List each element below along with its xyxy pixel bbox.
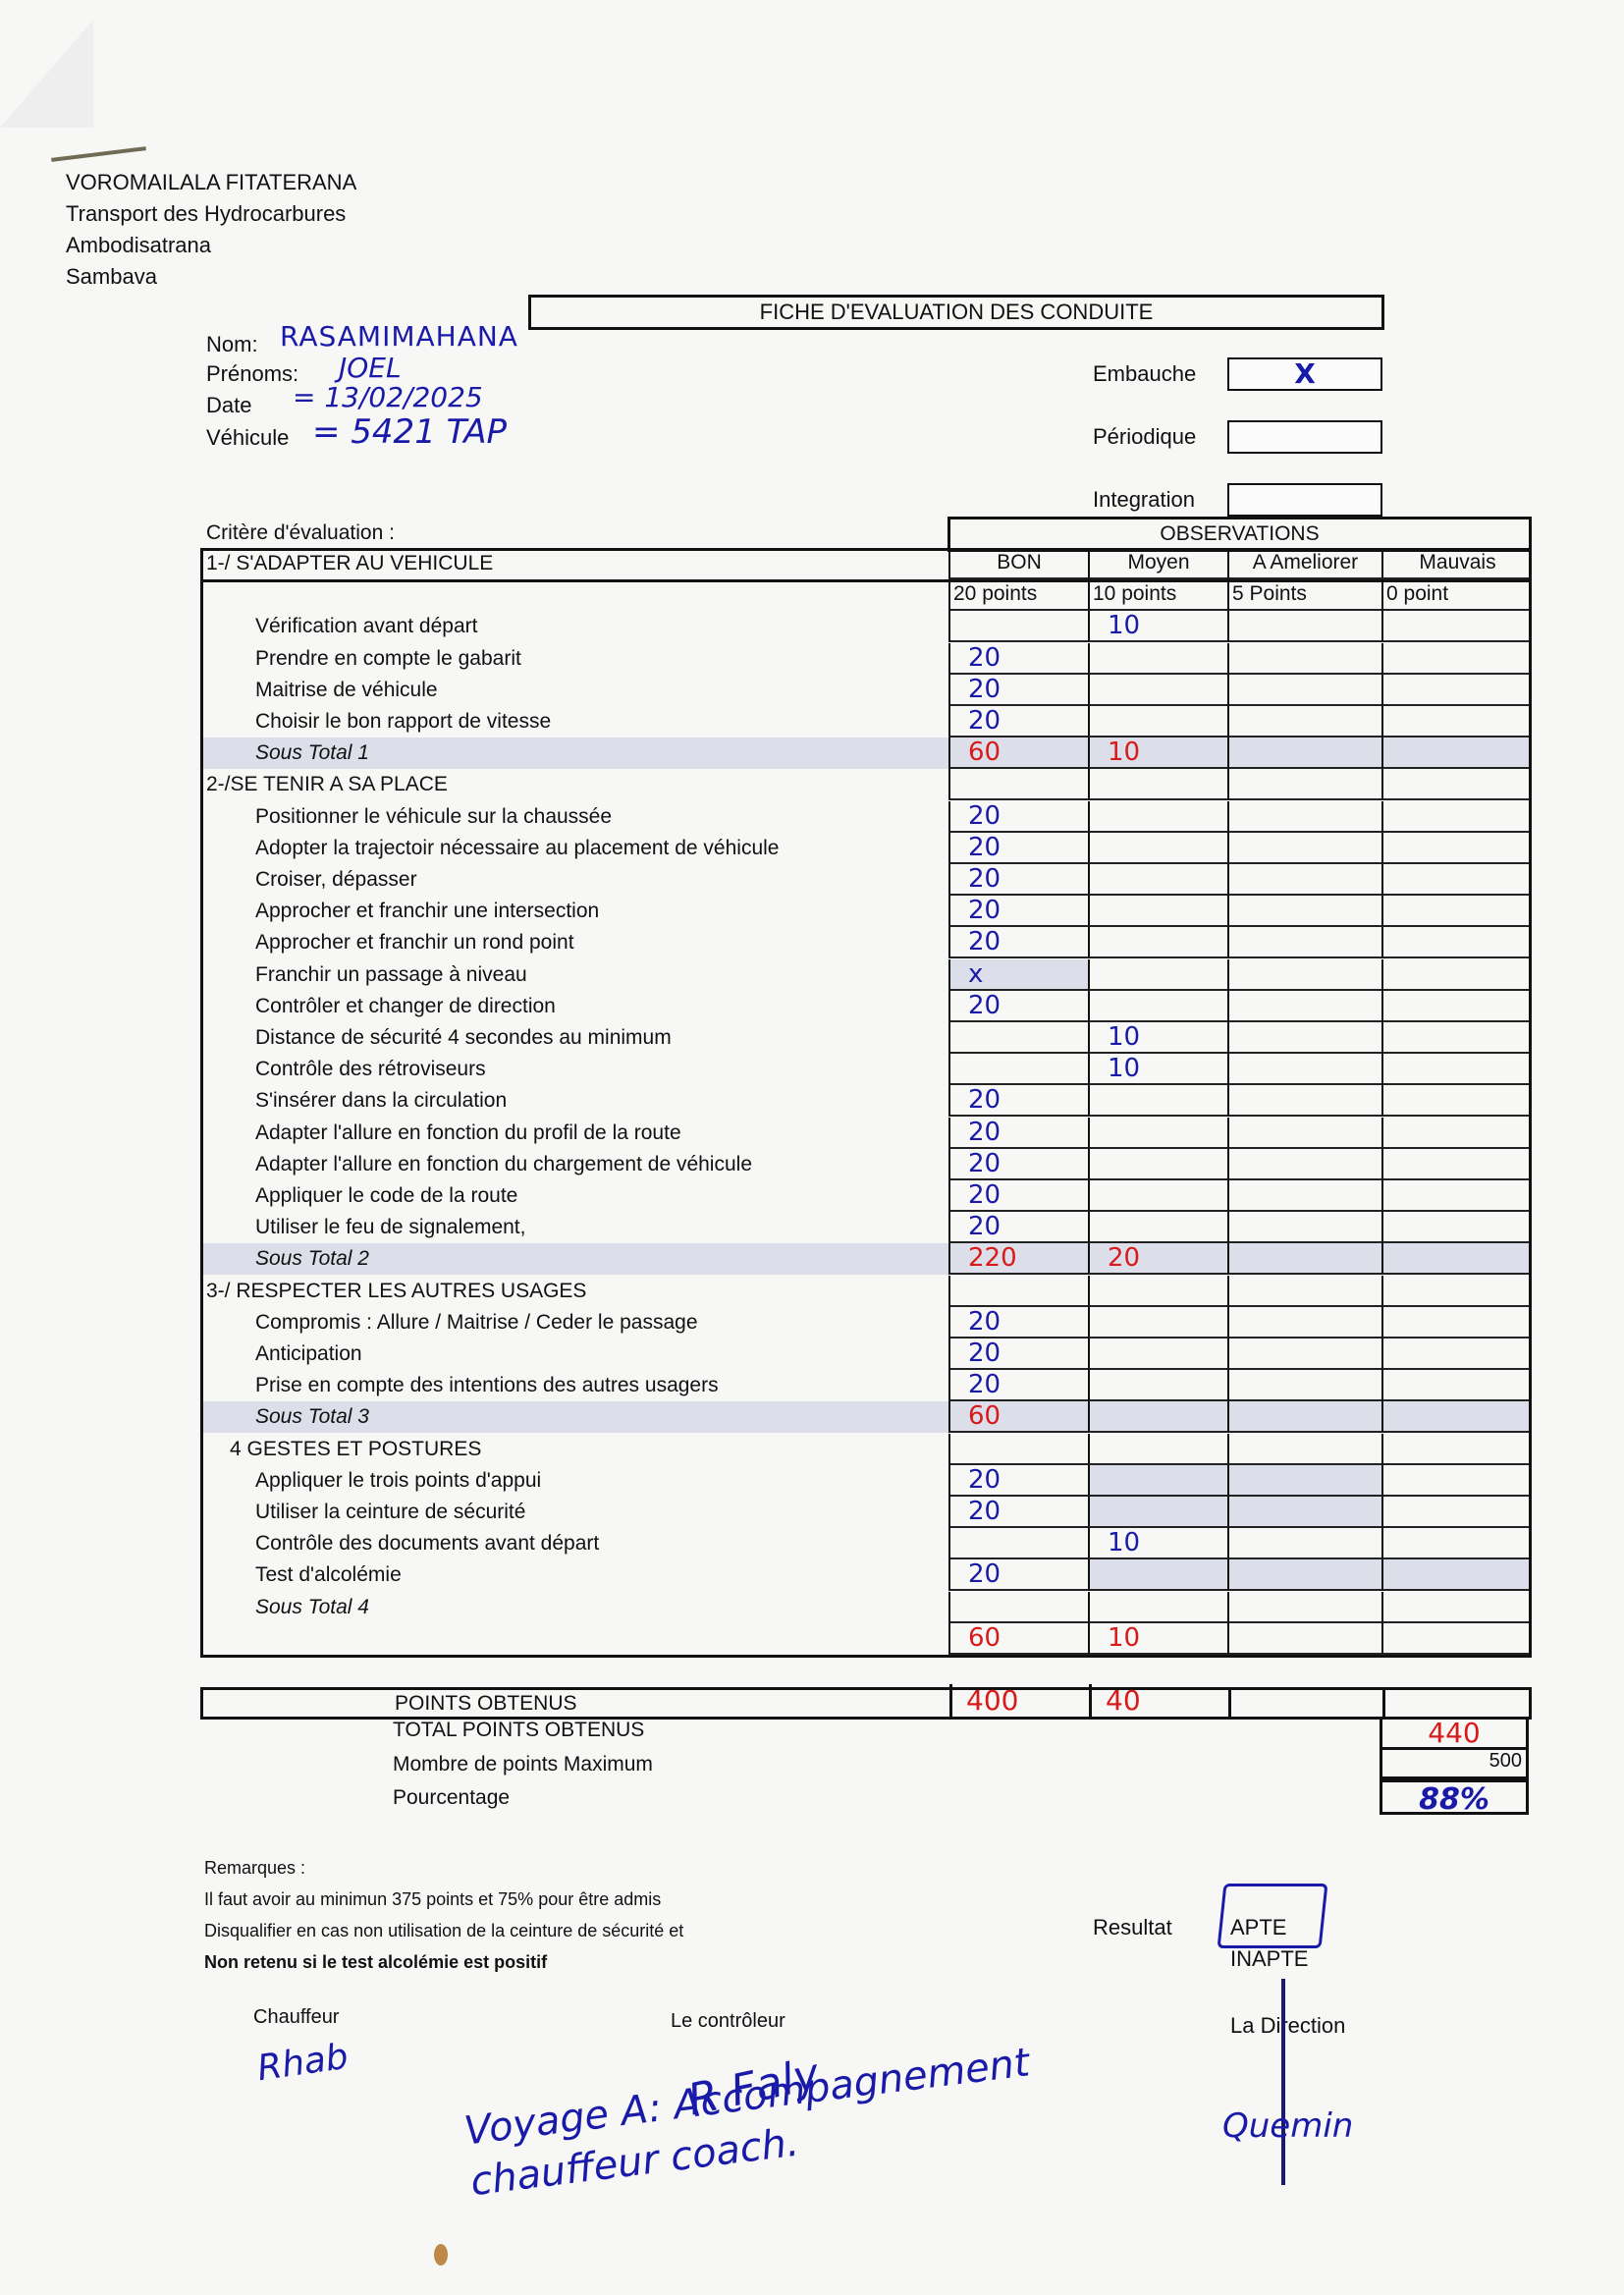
points-bon: 400 xyxy=(949,1684,1089,1717)
observations-header: OBSERVATIONS xyxy=(947,517,1532,552)
embauche-checkbox[interactable]: X xyxy=(1227,357,1382,391)
evaluation-table-border xyxy=(200,548,1532,1658)
total-label: TOTAL POINTS OBTENUS xyxy=(393,1719,644,1742)
form-title: FICHE D'EVALUATION DES CONDUITE xyxy=(528,295,1384,330)
folded-corner xyxy=(0,20,93,128)
company-location: Ambodisatrana xyxy=(66,230,211,261)
remark-line: Disqualifier en cas non utilisation de l… xyxy=(204,1915,683,1946)
points-ameliorer xyxy=(1228,1690,1385,1717)
vehicule-label: Véhicule xyxy=(206,425,289,451)
remark-line: Non retenu si le test alcolémie est posi… xyxy=(204,1946,683,1978)
points-obtenus-row: POINTS OBTENUS 400 40 xyxy=(200,1687,1532,1720)
points-mauvais xyxy=(1382,1690,1533,1717)
prenoms-value[interactable]: JOEL xyxy=(339,352,402,384)
remarks: Remarques : Il faut avoir au minimun 375… xyxy=(204,1852,683,1978)
remarks-title: Remarques : xyxy=(204,1852,683,1884)
direction-label: La Direction xyxy=(1230,2013,1345,2039)
percent-value: 88% xyxy=(1380,1779,1529,1815)
periodique-checkbox[interactable] xyxy=(1227,420,1382,454)
vehicule-value[interactable]: = 5421 TAP xyxy=(312,412,507,452)
total-value: 440 xyxy=(1380,1717,1529,1750)
driver-label: Chauffeur xyxy=(253,2006,339,2029)
periodique-label: Périodique xyxy=(1093,424,1196,450)
integration-checkbox[interactable] xyxy=(1227,483,1382,517)
company-name: VOROMAILALA FITATERANA xyxy=(66,167,356,198)
embauche-label: Embauche xyxy=(1093,361,1196,387)
date-value[interactable]: = 13/02/2025 xyxy=(293,381,483,413)
embauche-mark: X xyxy=(1229,359,1380,389)
integration-label: Integration xyxy=(1093,487,1195,513)
result-option-inapte[interactable]: INAPTE xyxy=(1230,1946,1308,1972)
date-label: Date xyxy=(206,393,251,418)
nom-value[interactable]: RASAMIMAHANA xyxy=(280,320,518,353)
remark-line: Il faut avoir au minimun 375 points et 7… xyxy=(204,1884,683,1915)
controller-label: Le contrôleur xyxy=(671,2010,785,2033)
percent-label: Pourcentage xyxy=(393,1786,510,1810)
stain-mark xyxy=(434,2244,448,2266)
company-activity: Transport des Hydrocarbures xyxy=(66,198,346,230)
criteria-label: Critère d'évaluation : xyxy=(206,521,395,545)
points-obtenus-label: POINTS OBTENUS xyxy=(395,1690,577,1717)
points-moyen: 40 xyxy=(1089,1684,1228,1717)
company-city: Sambava xyxy=(66,261,157,293)
prenoms-label: Prénoms: xyxy=(206,361,298,387)
nom-label: Nom: xyxy=(206,332,258,357)
max-value: 500 xyxy=(1380,1750,1529,1779)
result-option-apte[interactable]: APTE xyxy=(1230,1915,1286,1940)
max-label: Mombre de points Maximum xyxy=(393,1753,653,1776)
result-label: Resultat xyxy=(1093,1915,1172,1940)
staple-mark xyxy=(51,146,146,162)
direction-signature: Quemin xyxy=(1222,2106,1353,2146)
direction-stroke xyxy=(1281,1979,1285,2185)
driver-signature: Rhab xyxy=(255,2037,352,2090)
